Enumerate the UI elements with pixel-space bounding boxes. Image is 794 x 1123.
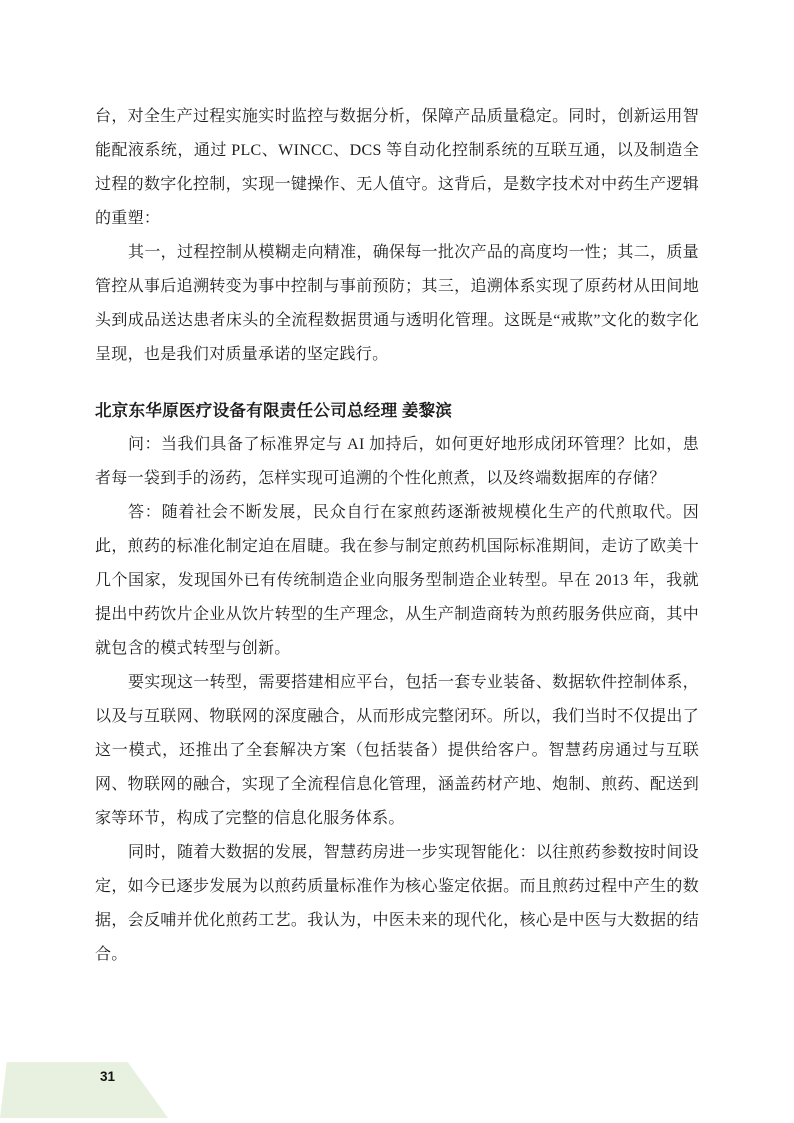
- page-number: 31: [100, 1069, 115, 1084]
- footer-page-tab: 31: [0, 1062, 168, 1118]
- document-page: 台，对全生产过程实施实时监控与数据分析，保障产品质量稳定。同时，创新运用智能配液…: [0, 0, 794, 1123]
- paragraph-three-points: 其一，过程控制从模糊走向精准，确保每一批次产品的高度均一性；其二，质量管控从事后…: [95, 236, 699, 372]
- speaker-section-header: 北京东华原医疗设备有限责任公司总经理 姜黎滨: [95, 394, 699, 428]
- paragraph-continuation: 台，对全生产过程实施实时监控与数据分析，保障产品质量稳定。同时，创新运用智能配液…: [95, 100, 699, 236]
- answer-paragraph-2: 要实现这一转型，需要搭建相应平台，包括一套专业装备、数据软件控制体系，以及与互联…: [95, 666, 699, 836]
- answer-paragraph-1: 答：随着社会不断发展，民众自行在家煎药逐渐被规模化生产的代煎取代。因此，煎药的标…: [95, 496, 699, 666]
- question-paragraph: 问：当我们具备了标准界定与 AI 加持后，如何更好地形成闭环管理？比如，患者每一…: [95, 428, 699, 496]
- page-body-text: 台，对全生产过程实施实时监控与数据分析，保障产品质量稳定。同时，创新运用智能配液…: [95, 100, 699, 972]
- answer-paragraph-3: 同时，随着大数据的发展，智慧药房进一步实现智能化：以往煎药参数按时间设定，如今已…: [95, 836, 699, 972]
